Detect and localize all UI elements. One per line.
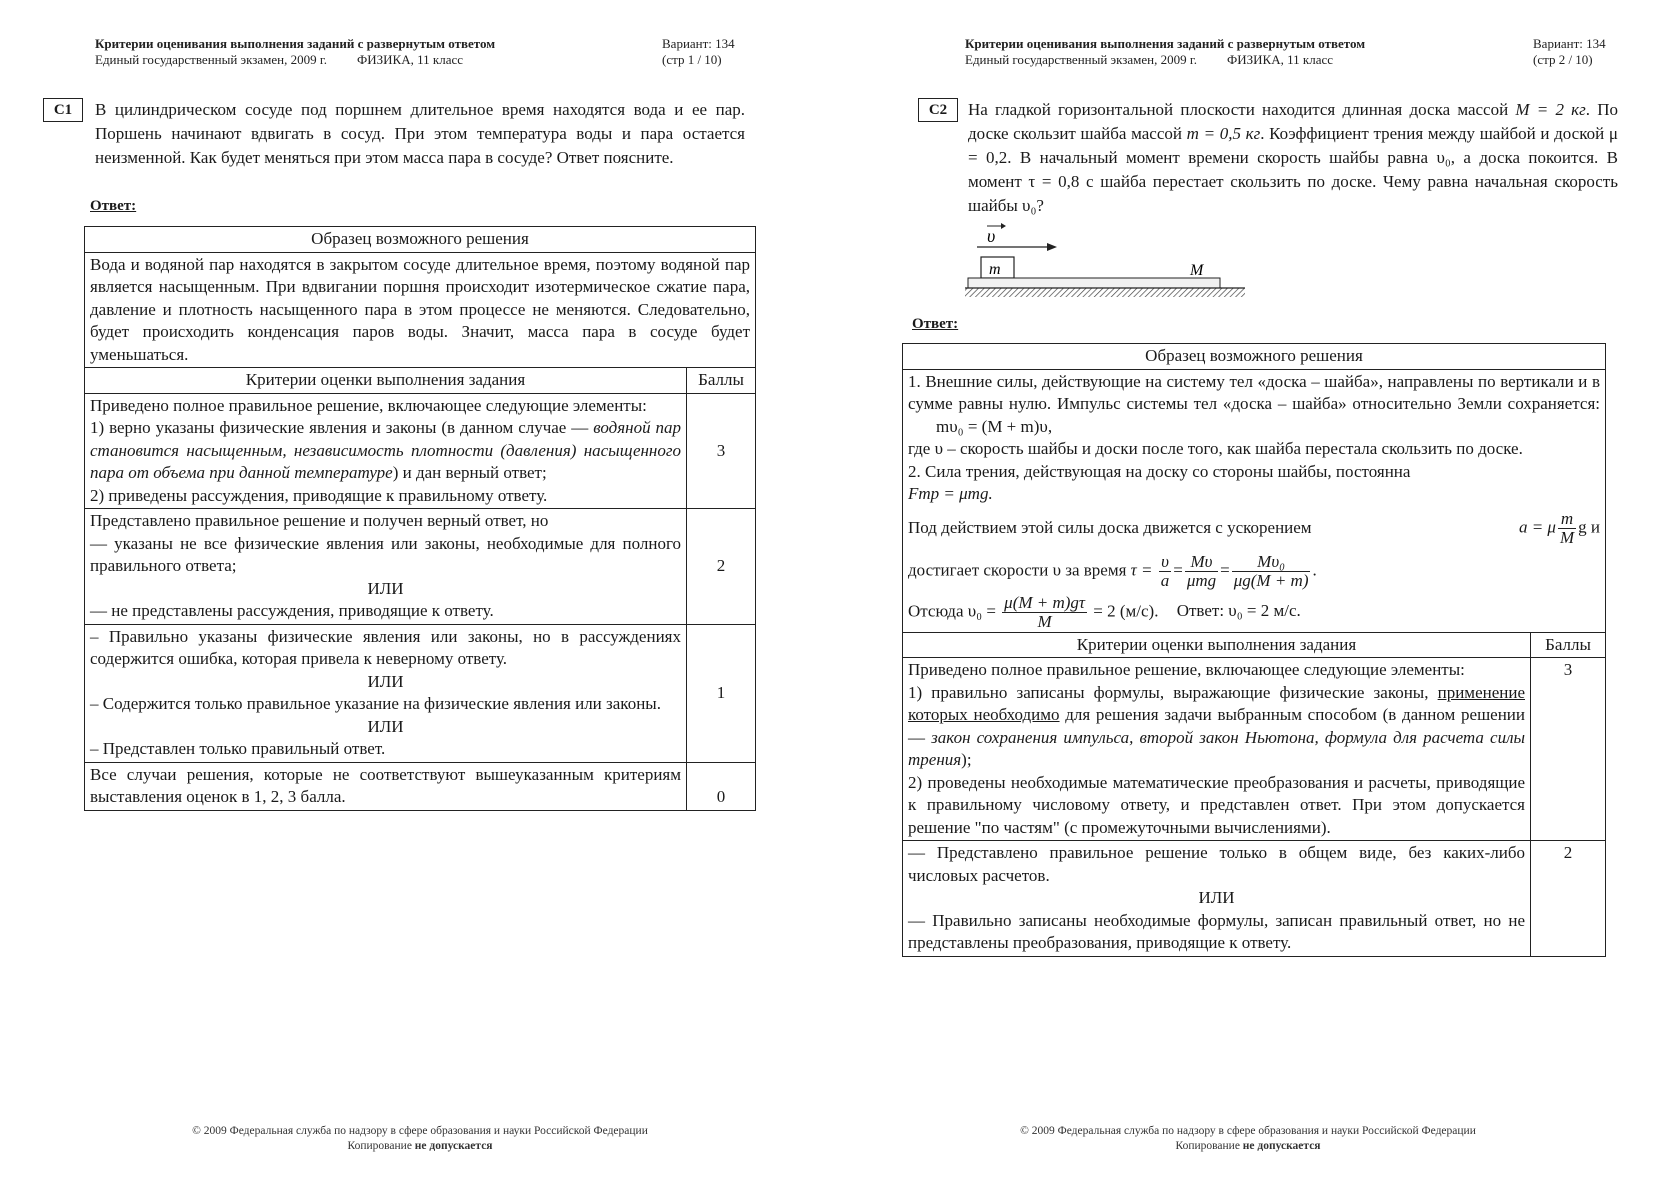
criteria-line: — не представлены рассуждения, приводящи… [90,600,681,623]
footer-copy-notice: Копирование [347,1140,414,1152]
momentum-equation: mυ₀ = (M + m)υ, [936,417,1052,436]
puck-mass: m = 0,5 кг [1187,124,1261,143]
page-header-right: Вариант: 134 (стр 1 / 10) [662,36,735,68]
criteria-line: — указаны не все физические явления или … [90,533,681,578]
svg-text:M: M [1189,262,1205,279]
footer-copyright: © 2009 Федеральная служба по надзору в с… [140,1124,700,1139]
header-page-number: (стр 2 / 10) [1533,52,1606,68]
page-header-right: Вариант: 134 (стр 2 / 10) [1533,36,1606,68]
criteria-intro: Приведено полное правильное решение, вкл… [908,659,1525,682]
criteria-line: — Представлено правильное решение только… [908,842,1525,887]
header-variant: Вариант: 134 [1533,36,1606,52]
page-header: Критерии оценивания выполнения заданий с… [965,36,1365,68]
criteria-item-1: 1) правильно записаны формулы, выражающи… [908,682,1525,772]
footer-copy-notice-bold: не допускается [1243,1140,1321,1152]
final-answer: Ответ: υ₀ = 2 м/с. [1177,601,1301,620]
answer-label: Ответ: [90,198,136,215]
page-footer: © 2009 Федеральная служба по надзору в с… [140,1124,700,1154]
header-variant: Вариант: 134 [662,36,735,52]
score-value: 0 [687,762,756,810]
header-subject: ФИЗИКА, 11 класс [357,52,463,67]
score-value: 1 [687,624,756,762]
score-value: 3 [1531,658,1606,841]
criteria-row: Приведено полное правильное решение, вкл… [85,393,756,509]
solution-heading: Образец возможного решения [85,227,756,253]
task-label: С2 [918,98,958,122]
criteria-row: Приведено полное правильное решение, вкл… [903,658,1606,841]
document-page-2: Критерии оценивания выполнения заданий с… [870,0,1664,1187]
solution-criteria-table: Образец возможного решения Вода и водяно… [84,226,756,811]
header-exam: Единый государственный экзамен, 2009 г. [95,52,327,67]
criteria-line: – Представлен только правильный ответ. [90,738,681,761]
header-page-number: (стр 1 / 10) [662,52,735,68]
puck-on-board-figure: υ m M [965,222,1245,302]
velocity-label: υ [987,226,995,246]
score-heading: Баллы [687,368,756,394]
criteria-row: Все случаи решения, которые не соответст… [85,762,756,810]
criteria-line: – Содержится только правильное указание … [90,693,681,716]
svg-text:m: m [989,261,1001,278]
solution-text: Вода и водяной пар находятся в закрытом … [85,252,756,368]
score-value: 3 [687,393,756,509]
score-value: 2 [1531,841,1606,957]
task-text: В цилиндрическом сосуде под поршнем длит… [95,98,745,170]
board-mass: M = 2 кг [1515,100,1585,119]
task-text: На гладкой горизонтальной плоскости нахо… [968,98,1618,218]
footer-copyright: © 2009 Федеральная служба по надзору в с… [968,1124,1528,1139]
criteria-item-2: 2) приведены рассуждения, приводящие к п… [90,485,681,508]
score-heading: Баллы [1531,632,1606,658]
criteria-line: Представлено правильное решение и получе… [90,510,681,533]
score-value: 2 [687,509,756,625]
criteria-line: – Правильно указаны физические явления и… [90,626,681,671]
criteria-item-2: 2) проведены необходимые математические … [908,772,1525,840]
friction-equation: Fтр = μmg. [908,483,1600,506]
task-label: С1 [43,98,83,122]
criteria-row: – Правильно указаны физические явления и… [85,624,756,762]
criteria-line: Все случаи решения, которые не соответст… [85,762,687,810]
criteria-line: — Правильно записаны необходимые формулы… [908,910,1525,955]
or-separator: ИЛИ [90,716,681,739]
page-footer: © 2009 Федеральная служба по надзору в с… [968,1124,1528,1154]
header-title: Критерии оценивания выполнения заданий с… [95,36,495,52]
solution-heading: Образец возможного решения [903,344,1606,370]
solution-criteria-table: Образец возможного решения 1. Внешние си… [902,343,1606,957]
header-subject: ФИЗИКА, 11 класс [1227,52,1333,67]
page-header: Критерии оценивания выполнения заданий с… [95,36,495,68]
footer-copy-notice-bold: не допускается [415,1140,493,1152]
criteria-row: Представлено правильное решение и получе… [85,509,756,625]
criteria-heading: Критерии оценки выполнения задания [85,368,687,394]
criteria-row: — Представлено правильное решение только… [903,841,1606,957]
criteria-item-1: 1) верно указаны физические явления и за… [90,417,681,485]
solution-text: 1. Внешние силы, действующие на систему … [903,369,1606,632]
header-exam: Единый государственный экзамен, 2009 г. [965,52,1197,67]
criteria-heading: Критерии оценки выполнения задания [903,632,1531,658]
or-separator: ИЛИ [90,578,681,601]
document-page-1: Критерии оценивания выполнения заданий с… [0,0,800,1187]
header-title: Критерии оценивания выполнения заданий с… [965,36,1365,52]
criteria-intro: Приведено полное правильное решение, вкл… [90,395,681,418]
or-separator: ИЛИ [908,887,1525,910]
footer-copy-notice: Копирование [1175,1140,1242,1152]
answer-label: Ответ: [912,316,958,333]
or-separator: ИЛИ [90,671,681,694]
